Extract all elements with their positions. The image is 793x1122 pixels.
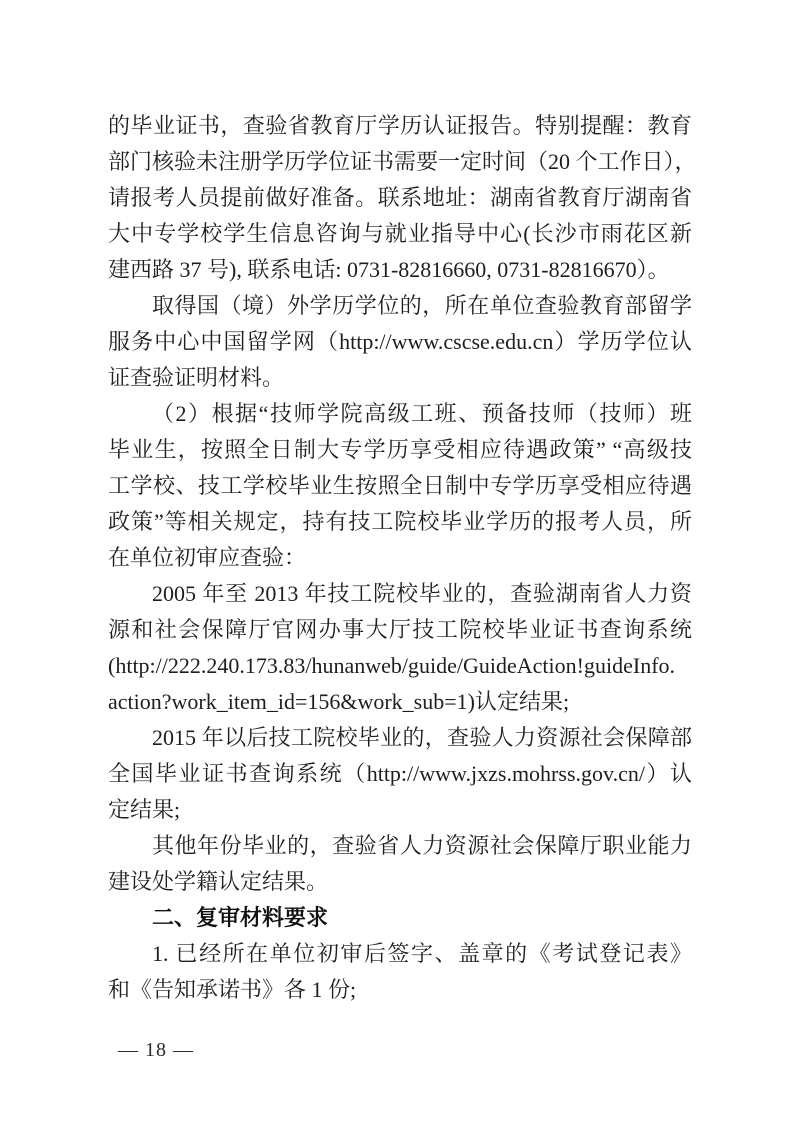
text-line: 大中专学校学生信息咨询与就业指导中心(长沙市雨花区新	[108, 216, 692, 252]
text-line: 政策”等相关规定，持有技工院校毕业学历的报考人员，所	[108, 504, 692, 540]
text-line: （2）根据“技师学院高级工班、预备技师（技师）班	[108, 396, 692, 432]
paragraph-technician-policy: （2）根据“技师学院高级工班、预备技师（技师）班 毕业生，按照全日制大专学历享受…	[108, 396, 692, 576]
text-line: 源和社会保障厅官网办事大厅技工院校毕业证书查询系统	[108, 612, 692, 648]
text-line: 其他年份毕业的，查验省人力资源社会保障厅职业能力	[108, 828, 692, 864]
text-line: 1. 已经所在单位初审后签字、盖章的《考试登记表》	[108, 936, 692, 972]
text-line: 全国毕业证书查询系统（http://www.jxzs.mohrss.gov.cn…	[108, 756, 692, 792]
text-line: 定结果;	[108, 792, 692, 828]
text-line: 在单位初审应查验：	[108, 540, 692, 576]
text-line: action?work_item_id=156&work_sub=1)认定结果;	[108, 684, 692, 720]
text-line: 工学校、技工学校毕业生按照全日制中专学历享受相应待遇	[108, 468, 692, 504]
section-heading: 二、复审材料要求	[108, 900, 692, 936]
text-line: 2015 年以后技工院校毕业的，查验人力资源社会保障部	[108, 720, 692, 756]
text-line: 2005 年至 2013 年技工院校毕业的，查验湖南省人力资	[108, 576, 692, 612]
text-line: (http://222.240.173.83/hunanweb/guide/Gu…	[108, 648, 692, 684]
paragraph-2015-query: 2015 年以后技工院校毕业的，查验人力资源社会保障部 全国毕业证书查询系统（h…	[108, 720, 692, 828]
text-line: 和《告知承诺书》各 1 份;	[108, 972, 692, 1008]
text-line: 的毕业证书，查验省教育厅学历认证报告。特别提醒：教育	[108, 108, 692, 144]
document-page: 的毕业证书，查验省教育厅学历认证报告。特别提醒：教育 部门核验未注册学历学位证书…	[0, 0, 793, 1122]
text-line: 取得国（境）外学历学位的，所在单位查验教育部留学	[108, 288, 692, 324]
section-heading-review-materials: 二、复审材料要求	[108, 900, 692, 936]
text-line: 证查验证明材料。	[108, 360, 692, 396]
paragraph-overseas-degree: 取得国（境）外学历学位的，所在单位查验教育部留学 服务中心中国留学网（http:…	[108, 288, 692, 396]
paragraph-continuation: 的毕业证书，查验省教育厅学历认证报告。特别提醒：教育 部门核验未注册学历学位证书…	[108, 108, 692, 288]
text-line: 建设处学籍认定结果。	[108, 864, 692, 900]
text-line: 建西路 37 号), 联系电话: 0731-82816660, 0731-828…	[108, 252, 692, 288]
paragraph-item-1: 1. 已经所在单位初审后签字、盖章的《考试登记表》 和《告知承诺书》各 1 份;	[108, 936, 692, 1008]
page-footer: — 18 —	[118, 1036, 194, 1064]
text-line: 服务中心中国留学网（http://www.cscse.edu.cn）学历学位认	[108, 324, 692, 360]
document-text: 的毕业证书，查验省教育厅学历认证报告。特别提醒：教育 部门核验未注册学历学位证书…	[108, 108, 692, 1008]
text-line: 毕业生，按照全日制大专学历享受相应待遇政策” “高级技	[108, 432, 692, 468]
paragraph-2005-2013-query: 2005 年至 2013 年技工院校毕业的，查验湖南省人力资 源和社会保障厅官网…	[108, 576, 692, 720]
text-line: 部门核验未注册学历学位证书需要一定时间（20 个工作日），	[108, 144, 692, 180]
page-number: — 18 —	[118, 1039, 194, 1061]
text-line: 请报考人员提前做好准备。联系地址：湖南省教育厅湖南省	[108, 180, 692, 216]
paragraph-other-years: 其他年份毕业的，查验省人力资源社会保障厅职业能力 建设处学籍认定结果。	[108, 828, 692, 900]
